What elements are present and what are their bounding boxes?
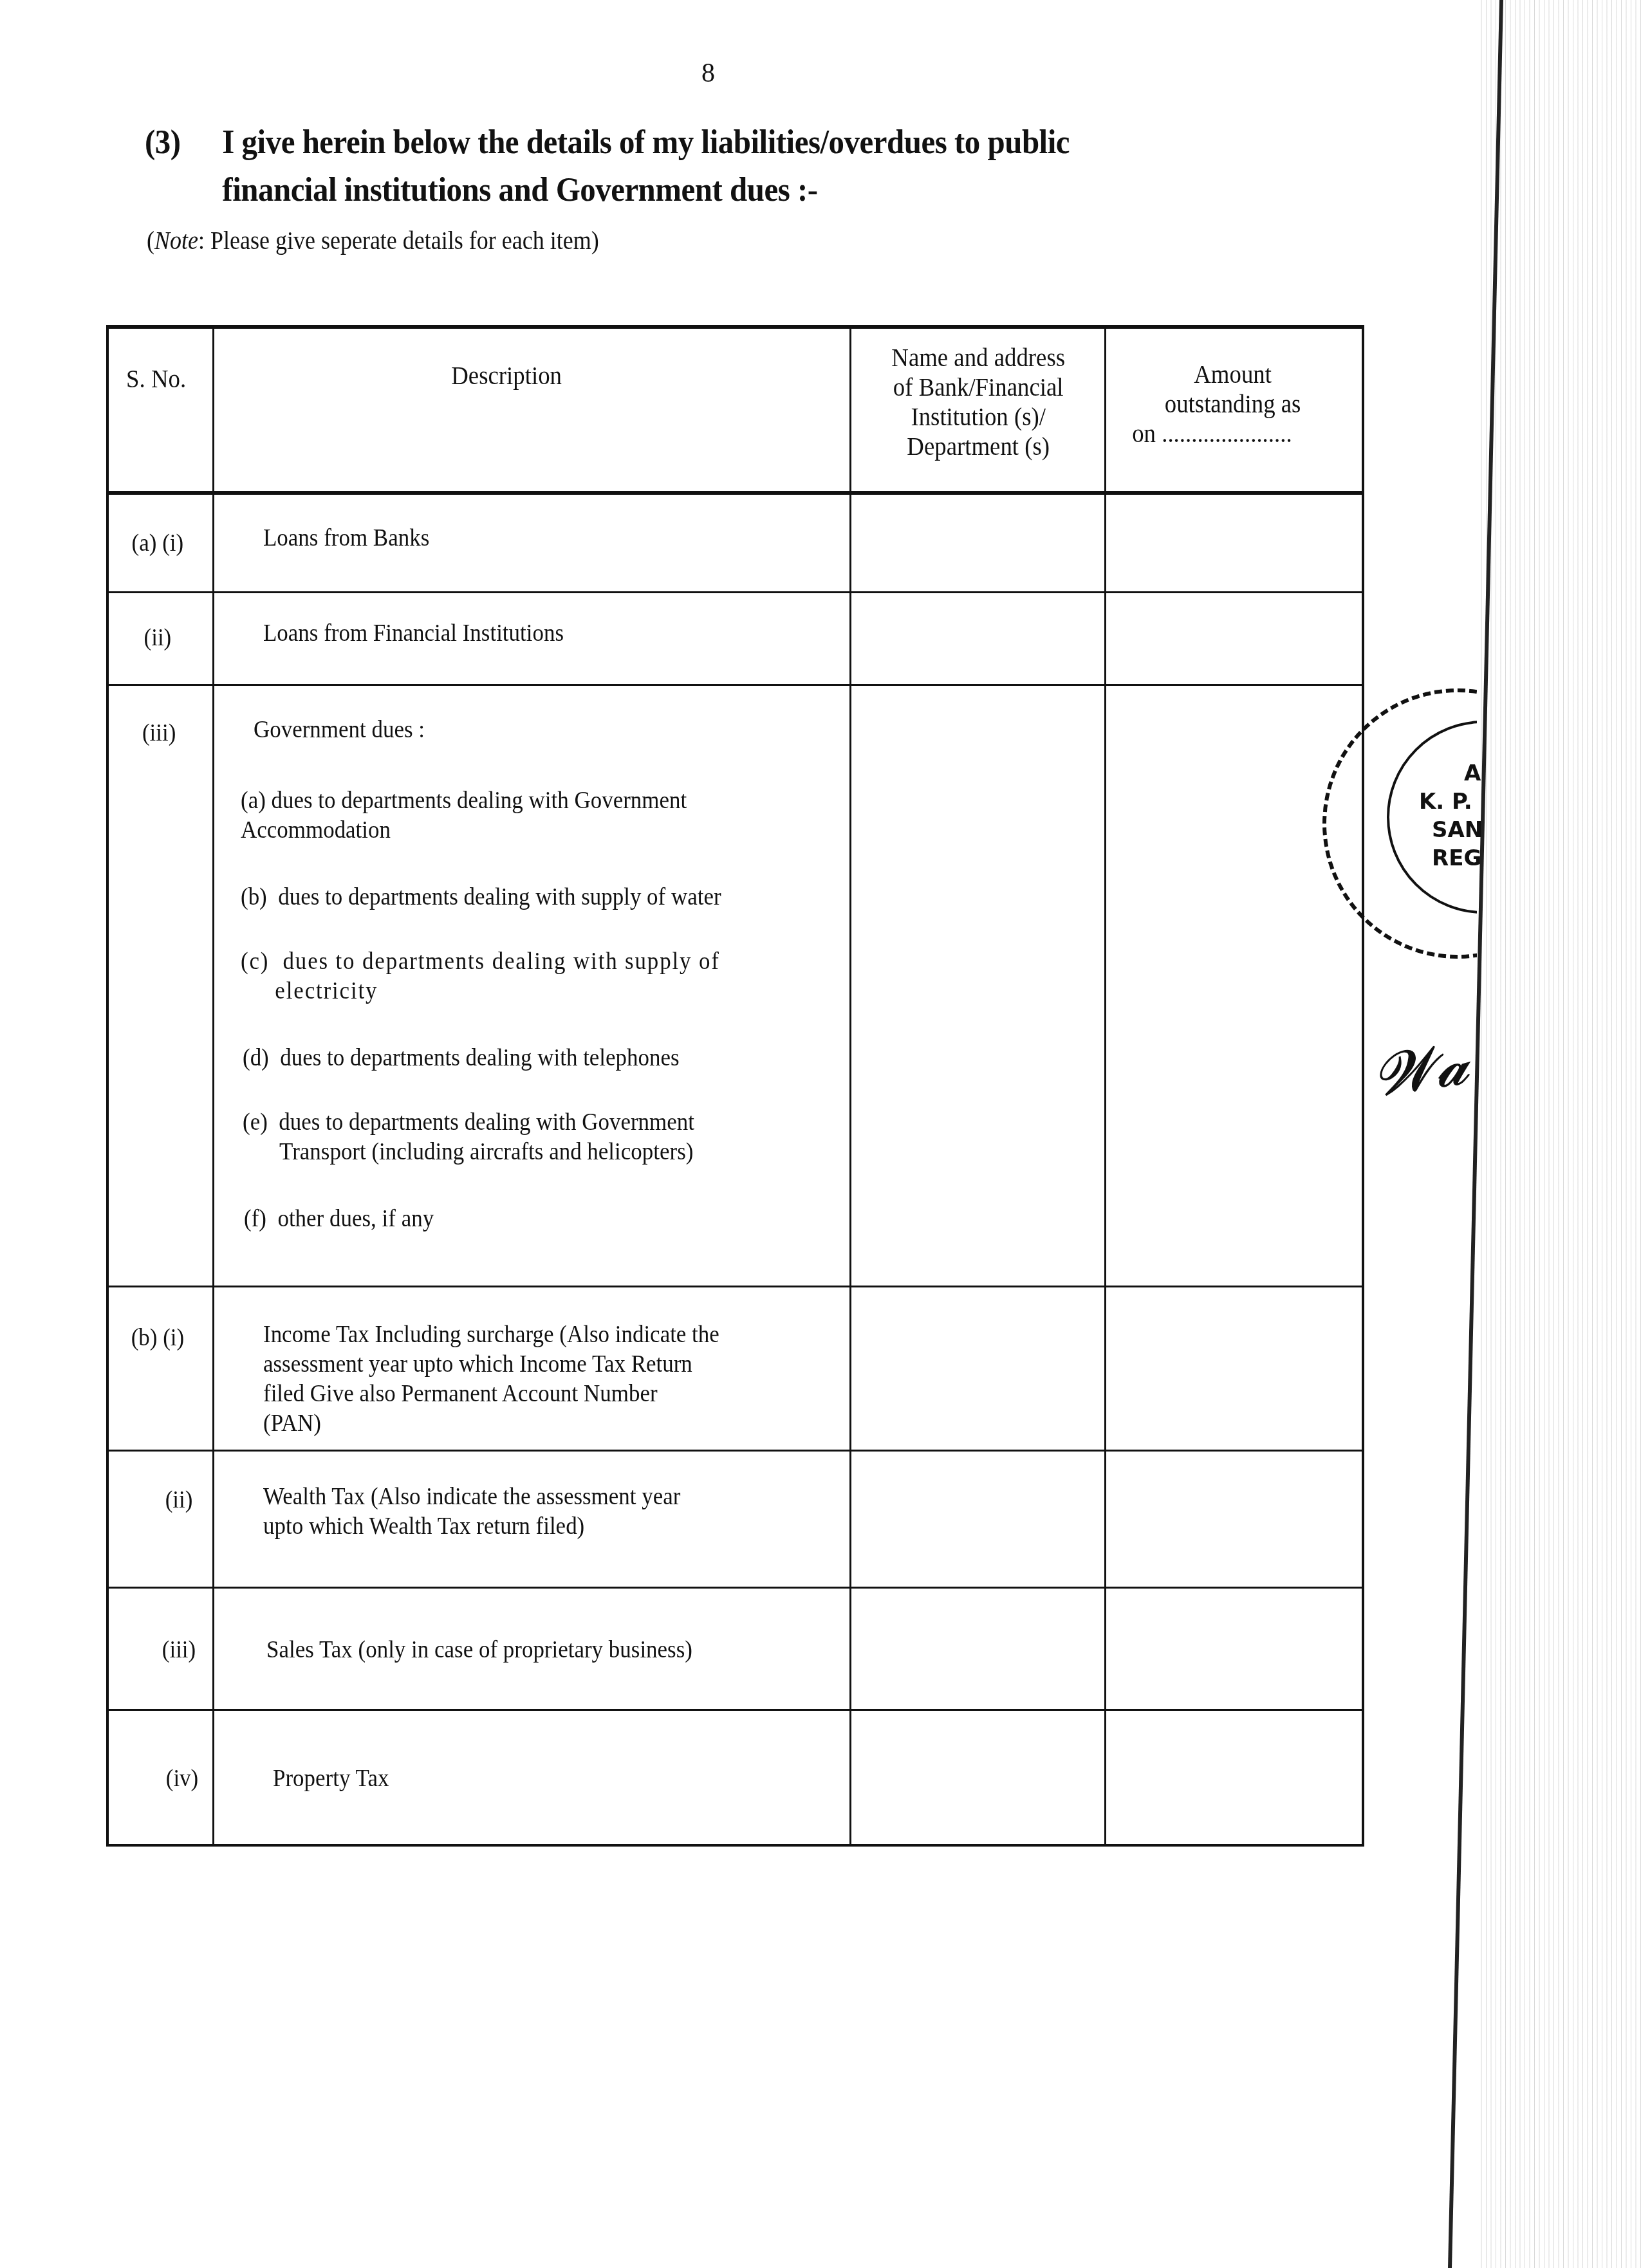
header-sno: S. No. (109, 364, 203, 394)
row-description: Sales Tax (only in case of proprietary b… (266, 1635, 692, 1664)
page-number: 8 (701, 58, 715, 89)
row-divider (109, 1450, 1362, 1452)
row-sno: (iv) (138, 1764, 227, 1793)
row-divider (109, 1709, 1362, 1711)
row-sno: (ii) (134, 1485, 223, 1515)
row-divider (109, 591, 1362, 593)
row-divider (109, 1587, 1362, 1589)
stamp-text: A K. P. SAN REG (1419, 759, 1483, 872)
row-description: Property Tax (273, 1764, 389, 1793)
row-description: Wealth Tax (Also indicate the assessment… (263, 1482, 855, 1541)
row-sno: (a) (i) (109, 528, 207, 558)
row-sno: (ii) (109, 623, 207, 652)
row-sno: (iii) (134, 1635, 223, 1664)
instruction-note: (Note: Please give seperate details for … (147, 225, 599, 255)
subitem-e: (e) dues to departments dealing with Gov… (243, 1107, 846, 1166)
column-divider (849, 329, 851, 1844)
header-description: Description (215, 361, 798, 391)
subitem-b: (b) dues to departments dealing with sup… (241, 882, 844, 912)
note-text: : Please give seperate details for each … (198, 226, 599, 255)
row-sno: (iii) (109, 718, 209, 748)
signature-mark: 𝓦𝓪 (1369, 1029, 1472, 1110)
column-divider (212, 329, 214, 1844)
row-description: Loans from Financial Institutions (263, 618, 564, 648)
section-heading: (3)I give herein below the details of my… (145, 119, 1234, 214)
liabilities-table: S. No. Description Name and address of B… (106, 325, 1364, 1847)
header-amount: Amount outstanding as on ...............… (1111, 360, 1354, 448)
header-institution: Name and address of Bank/Financial Insti… (854, 343, 1102, 461)
row-sno: (b) (i) (109, 1323, 207, 1352)
scanned-margin-strip (1477, 0, 1641, 2268)
section-number: (3) (145, 119, 222, 167)
subitem-f: (f) other dues, if any (244, 1204, 848, 1233)
row-description: Income Tax Including surcharge (Also ind… (263, 1320, 855, 1438)
column-divider (1104, 329, 1106, 1844)
row-description: Government dues : (254, 715, 425, 744)
subitem-a: (a) dues to departments dealing with Gov… (241, 786, 844, 845)
header-divider (109, 491, 1362, 495)
note-label: Note (154, 226, 198, 255)
subitem-d: (d) dues to departments dealing with tel… (243, 1043, 846, 1073)
row-divider (109, 684, 1362, 686)
subitem-c: (c) dues to departments dealing with sup… (241, 946, 844, 1006)
heading-line-2: financial institutions and Government du… (145, 167, 1234, 214)
heading-line-1: I give herein below the details of my li… (222, 124, 1070, 161)
row-description: Loans from Banks (263, 523, 429, 553)
row-divider (109, 1286, 1362, 1287)
